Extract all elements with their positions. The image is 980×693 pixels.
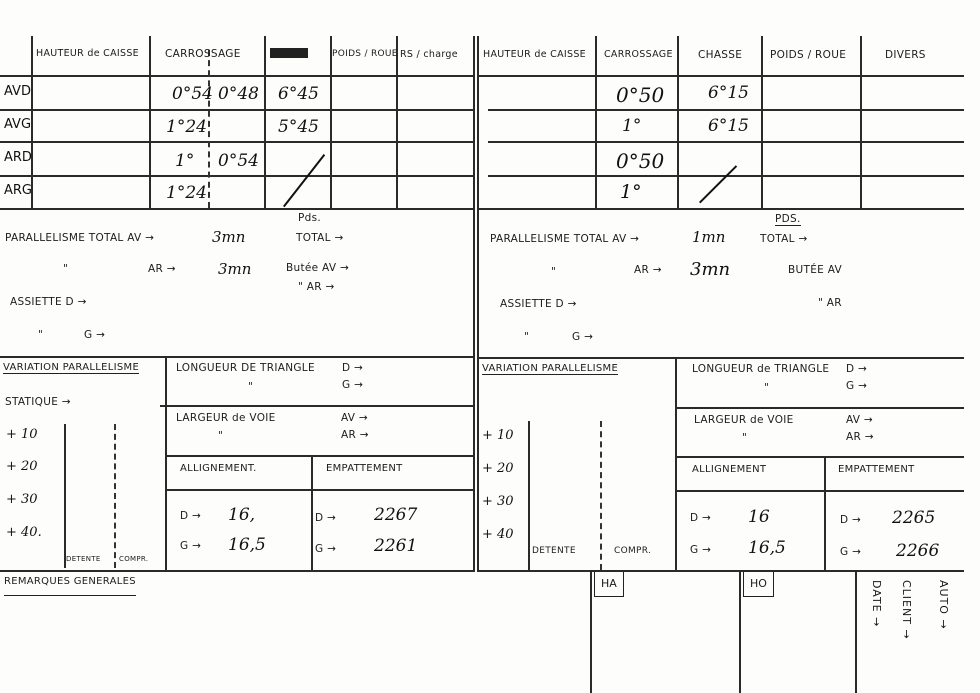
divider <box>0 570 475 572</box>
left-avd-carrossage-1: 0°54 <box>172 84 213 104</box>
row-label-avd: AVD <box>4 84 31 99</box>
row-label-ard: ARD <box>4 150 32 165</box>
left-step-30: + 30 <box>6 492 38 507</box>
divider <box>264 36 266 208</box>
left-avd-chasse: 6°45 <box>278 84 319 104</box>
right-empattement-d-label: D → <box>840 514 861 526</box>
divider <box>0 141 475 143</box>
divider <box>165 356 167 570</box>
right-alignement-g-value: 16,5 <box>748 538 786 558</box>
right-parallelisme-av-label: PARALLELISME TOTAL AV → <box>490 233 639 245</box>
left-assiette-d-label: ASSIETTE D → <box>10 296 87 308</box>
right-step-20: + 20 <box>482 461 514 476</box>
divider <box>478 75 964 77</box>
left-empattement-title: EMPATTEMENT <box>326 463 403 474</box>
divider <box>528 421 530 570</box>
right-assiette-g-label: G → <box>572 331 593 343</box>
left-ard-carrossage-1: 1° <box>175 151 194 171</box>
strike-mark-icon <box>283 154 325 207</box>
right-step-40: + 40 <box>482 527 514 542</box>
right-header-chasse: CHASSE <box>698 49 742 61</box>
left-empattement-d-label: D → <box>315 512 336 524</box>
right-variation-title: VARIATION PARALLELISME <box>482 363 618 375</box>
divider <box>761 36 763 208</box>
right-step-30: + 30 <box>482 494 514 509</box>
divider <box>473 36 475 572</box>
left-alignement-g-value: 16,5 <box>228 535 266 555</box>
right-empattement-d-value: 2265 <box>892 508 935 528</box>
divider <box>0 356 475 358</box>
left-assiette-g-label: G → <box>84 329 105 341</box>
right-butee-av-label: BUTÉE AV <box>788 264 842 276</box>
divider <box>64 424 66 568</box>
divider <box>208 50 210 208</box>
row-label-avg: AVG <box>4 117 31 132</box>
divider <box>477 36 479 572</box>
right-parallelisme-ar-label: AR → <box>634 264 662 276</box>
left-alignement-d-label: D → <box>180 510 201 522</box>
ho-label: HO <box>743 572 774 597</box>
divider <box>149 36 151 208</box>
divider <box>675 407 964 409</box>
right-alignement-g-label: G → <box>690 544 711 556</box>
divider <box>488 141 964 143</box>
row-label-arg: ARG <box>4 183 32 198</box>
left-avd-carrossage-2: 0°48 <box>218 84 259 104</box>
left-variation-title: VARIATION PARALLELISME <box>3 362 139 374</box>
left-butee-ar-label: " AR → <box>298 281 335 293</box>
left-empattement-d-value: 2267 <box>374 505 417 525</box>
divider <box>478 208 964 210</box>
right-longueur-g-label: G → <box>846 380 867 392</box>
right-step-10: + 10 <box>482 428 514 443</box>
left-parallelisme-ar-value: 3mn <box>218 260 251 278</box>
left-butee-av-label: Butée AV → <box>286 262 349 274</box>
right-avd-carrossage: 0°50 <box>616 83 664 107</box>
right-ar-ditto: " <box>551 266 556 278</box>
left-total-label: TOTAL → <box>296 232 344 244</box>
right-parallelisme-av-value: 1mn <box>692 228 725 246</box>
left-largeur-ditto: " <box>218 430 223 442</box>
right-empattement-title: EMPATTEMENT <box>838 464 915 475</box>
left-ar-ditto: " <box>63 263 68 275</box>
right-longueur-d-label: D → <box>846 363 867 375</box>
divider <box>165 489 475 491</box>
right-avg-chasse: 6°15 <box>708 116 749 136</box>
divider <box>675 490 964 492</box>
right-largeur-av-label: AV → <box>846 414 873 426</box>
date-label: DATE → <box>870 580 883 627</box>
divider <box>739 572 741 693</box>
divider <box>488 109 964 111</box>
divider <box>114 424 116 568</box>
left-longueur-ditto: " <box>248 381 253 393</box>
divider <box>165 455 475 457</box>
right-empattement-g-value: 2266 <box>896 541 939 561</box>
left-parallelisme-av-label: PARALLELISME TOTAL AV → <box>5 232 154 244</box>
right-longueur-ditto: " <box>764 382 769 394</box>
left-pds-label: Pds. <box>298 212 321 224</box>
divider <box>0 208 475 210</box>
right-empattement-g-label: G → <box>840 546 861 558</box>
left-avg-carrossage-1: 1°24 <box>166 117 207 137</box>
divider <box>595 36 597 208</box>
divider <box>0 109 475 111</box>
right-header-hauteur-caisse: HAUTEUR de CAISSE <box>483 49 586 60</box>
right-alignement-d-value: 16 <box>748 507 770 527</box>
header-hauteur-caisse: HAUTEUR de CAISSE <box>36 48 139 59</box>
right-assiette-g-ditto: " <box>524 331 529 343</box>
remarques-label: REMARQUES GENERALES <box>4 576 136 596</box>
right-detente-label: DETENTE <box>532 546 576 556</box>
right-header-divers: DIVERS <box>885 49 926 61</box>
header-chasse-crossed: CHASSE <box>270 48 308 58</box>
right-alignement-title: ALLIGNEMENT <box>692 464 766 475</box>
left-empattement-g-value: 2261 <box>374 536 417 556</box>
strike-mark-icon <box>699 165 737 203</box>
right-avg-carrossage: 1° <box>622 116 641 136</box>
client-label: CLIENT → <box>900 580 913 640</box>
divider <box>478 570 964 572</box>
right-compr-label: COMPR. <box>614 546 651 556</box>
divider <box>311 455 313 570</box>
left-step-40: + 40. <box>6 525 42 540</box>
divider <box>675 456 964 458</box>
right-butee-ar-label: " AR <box>818 297 842 309</box>
divider <box>0 75 475 77</box>
left-statique-label: STATIQUE → <box>5 396 71 408</box>
header-rs-charge: RS / charge <box>400 49 458 60</box>
left-step-10: + 10 <box>6 427 38 442</box>
left-assiette-g-ditto: " <box>38 329 43 341</box>
divider <box>824 456 826 570</box>
left-largeur-av-label: AV → <box>341 412 368 424</box>
left-arg-carrossage-1: 1°24 <box>166 183 207 203</box>
left-longueur-triangle-label: LONGUEUR DE TRIANGLE <box>176 362 315 374</box>
left-largeur-voie-label: LARGEUR de VOIE <box>176 412 276 424</box>
right-largeur-ar-label: AR → <box>846 431 874 443</box>
right-assiette-d-label: ASSIETTE D → <box>500 298 577 310</box>
right-parallelisme-ar-value: 3mn <box>690 259 730 280</box>
divider <box>478 357 964 359</box>
right-arg-carrossage: 1° <box>620 181 642 203</box>
right-avd-chasse: 6°15 <box>708 83 749 103</box>
divider <box>855 572 857 693</box>
header-carrossage: CARROSSAGE <box>165 48 241 60</box>
divider <box>0 175 475 177</box>
divider <box>160 405 475 407</box>
divider <box>677 36 679 208</box>
left-step-20: + 20 <box>6 459 38 474</box>
left-longueur-g-label: G → <box>342 379 363 391</box>
left-longueur-d-label: D → <box>342 362 363 374</box>
right-pds-label: PDS. <box>775 213 801 226</box>
left-compr-label: COMPR. <box>119 555 148 563</box>
left-alignement-g-label: G → <box>180 540 201 552</box>
divider <box>330 36 332 208</box>
right-alignement-d-label: D → <box>690 512 711 524</box>
left-detente-label: DETENTE <box>66 555 101 563</box>
right-longueur-triangle-label: LONGUEUR de TRIANGLE <box>692 363 829 375</box>
left-largeur-ar-label: AR → <box>341 429 369 441</box>
right-header-poids-roue: POIDS / ROUE <box>770 49 846 61</box>
left-parallelisme-av-value: 3mn <box>212 228 245 246</box>
divider <box>396 36 398 208</box>
left-ard-carrossage-2: 0°54 <box>218 151 259 171</box>
header-poids-roue: POIDS / ROUE <box>332 49 398 59</box>
divider <box>600 421 602 570</box>
left-avg-chasse: 5°45 <box>278 117 319 137</box>
left-alignement-title: ALLIGNEMENT. <box>180 463 257 474</box>
right-total-label: TOTAL → <box>760 233 808 245</box>
right-largeur-voie-label: LARGEUR de VOIE <box>694 414 794 426</box>
right-largeur-ditto: " <box>742 432 747 444</box>
auto-label: AUTO → <box>937 580 950 630</box>
right-header-carrossage: CARROSSAGE <box>604 49 673 60</box>
left-empattement-g-label: G → <box>315 543 336 555</box>
divider <box>675 357 677 570</box>
divider <box>860 36 862 208</box>
left-parallelisme-ar-label: AR → <box>148 263 176 275</box>
divider <box>590 572 592 693</box>
left-alignement-d-value: 16, <box>228 505 255 525</box>
right-ard-carrossage: 0°50 <box>616 149 664 173</box>
ha-label: HA <box>594 572 624 597</box>
